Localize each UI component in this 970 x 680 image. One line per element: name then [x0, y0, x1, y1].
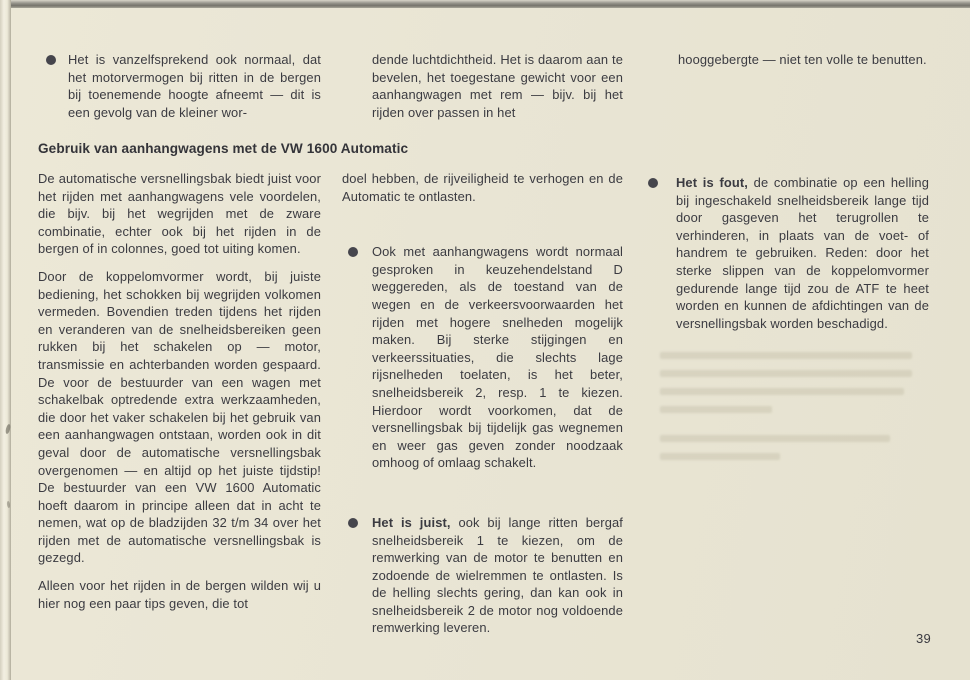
- paragraph: dende luchtdichtheid. Het is daarom aan …: [372, 51, 623, 121]
- bullet-item: Ook met aanhangwagens wordt normaal gesp…: [342, 243, 623, 472]
- paragraph: Alleen voor het rijden in de bergen wild…: [38, 577, 321, 612]
- paragraph: hooggebergte — niet ten volle te benutte…: [678, 51, 929, 69]
- top-column-3: hooggebergte — niet ten volle te benutte…: [648, 51, 929, 69]
- bullet-item: Het is juist, ook bij lange ritten berga…: [342, 514, 623, 637]
- bullet-icon: [348, 518, 358, 528]
- paragraph-text: Ook met aanhangwagens wordt normaal gesp…: [372, 244, 623, 470]
- main-column-2: doel hebben, de rijveiligheid te verhoge…: [342, 170, 623, 637]
- bullet-icon: [648, 178, 658, 188]
- bullet-icon: [348, 247, 358, 257]
- paragraph: Ook met aanhangwagens wordt normaal gesp…: [372, 243, 623, 472]
- main-column-3: Het is fout, de combinatie op een hellin…: [648, 174, 929, 332]
- paragraph-text: ook bij lange ritten bergaf snelheidsber…: [372, 515, 623, 636]
- paragraph: Het is juist, ook bij lange ritten berga…: [372, 514, 623, 637]
- scanned-manual-page: { "page": { "number": "39", "background_…: [0, 0, 970, 680]
- paragraph: Het is vanzelfsprekend ook normaal, dat …: [68, 51, 321, 121]
- paragraph: De automatische versnellingsbak biedt ju…: [38, 170, 321, 258]
- bold-lead: Het is fout,: [676, 175, 748, 190]
- bold-lead: Het is juist,: [372, 515, 451, 530]
- paragraph: Het is fout, de combinatie op een hellin…: [676, 174, 929, 332]
- page-number: 39: [916, 631, 931, 646]
- ink-bleedthrough: [660, 352, 928, 471]
- scan-left-page-edge: [0, 0, 11, 680]
- scan-top-edge: [0, 0, 970, 8]
- bullet-item: Het is fout, de combinatie op een hellin…: [648, 174, 929, 332]
- main-column-1: De automatische versnellingsbak biedt ju…: [38, 170, 321, 612]
- paragraph-text: de combinatie op een helling bij ingesch…: [676, 175, 929, 331]
- bullet-icon: [46, 55, 56, 65]
- paragraph: Door de koppelomvormer wordt, bij juiste…: [38, 268, 321, 567]
- section-heading: Gebruik van aanhangwagens met de VW 1600…: [38, 141, 408, 156]
- paragraph: doel hebben, de rijveiligheid te verhoge…: [342, 170, 623, 205]
- top-column-2: dende luchtdichtheid. Het is daarom aan …: [342, 51, 623, 121]
- top-column-1: Het is vanzelfsprekend ook normaal, dat …: [38, 51, 321, 121]
- bullet-item: Het is vanzelfsprekend ook normaal, dat …: [38, 51, 321, 121]
